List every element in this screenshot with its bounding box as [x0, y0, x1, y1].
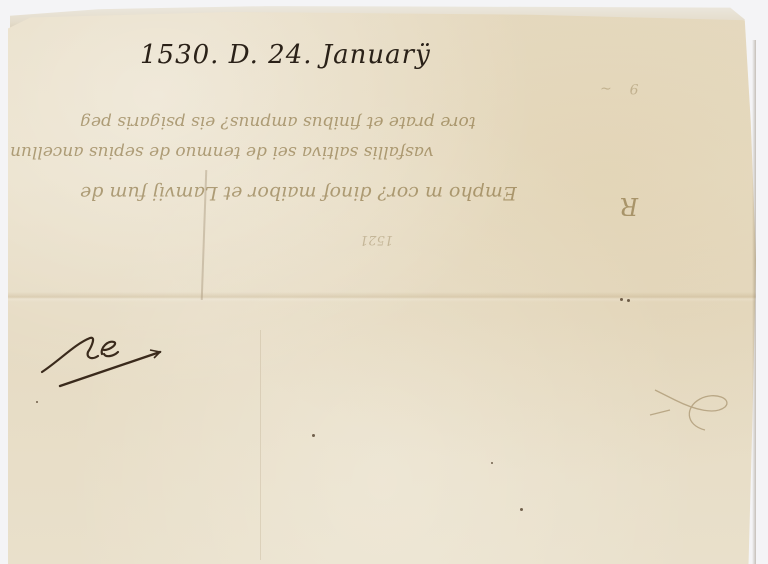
sheet-right-edge: [752, 40, 756, 564]
bleed-through-line-2: vasfallis saltiva sei de tenmuo de sepiu…: [10, 142, 434, 162]
faint-bleed-glyph-icon: [645, 385, 735, 435]
ink-speck: [620, 298, 623, 301]
date-inscription: 1530. D. 24. Januarÿ: [140, 40, 431, 70]
bleed-through-number: 1521: [360, 232, 393, 247]
document-image: 1530. D. 24. Januarÿ 9 ~ tore prate et f…: [0, 0, 768, 564]
ink-speck: [627, 299, 630, 302]
bleed-through-fragment: 9 ~: [600, 80, 638, 96]
bleed-through-initial: R: [620, 192, 638, 220]
parchment-sheet: [8, 12, 756, 564]
parchment-crack: [260, 330, 261, 560]
ink-speck: [491, 462, 493, 464]
bleed-through-line-3: Empho m cor? dinof maibor et Lamvij fum …: [80, 182, 517, 204]
notation-mark-icon: [40, 330, 170, 395]
fold-crease: [8, 292, 756, 302]
ink-speck: [312, 434, 315, 437]
ink-speck: [520, 508, 523, 511]
ink-speck: [36, 401, 38, 403]
bleed-through-line-1: tore prate et finibus ampnus? eis psigar…: [80, 112, 476, 132]
